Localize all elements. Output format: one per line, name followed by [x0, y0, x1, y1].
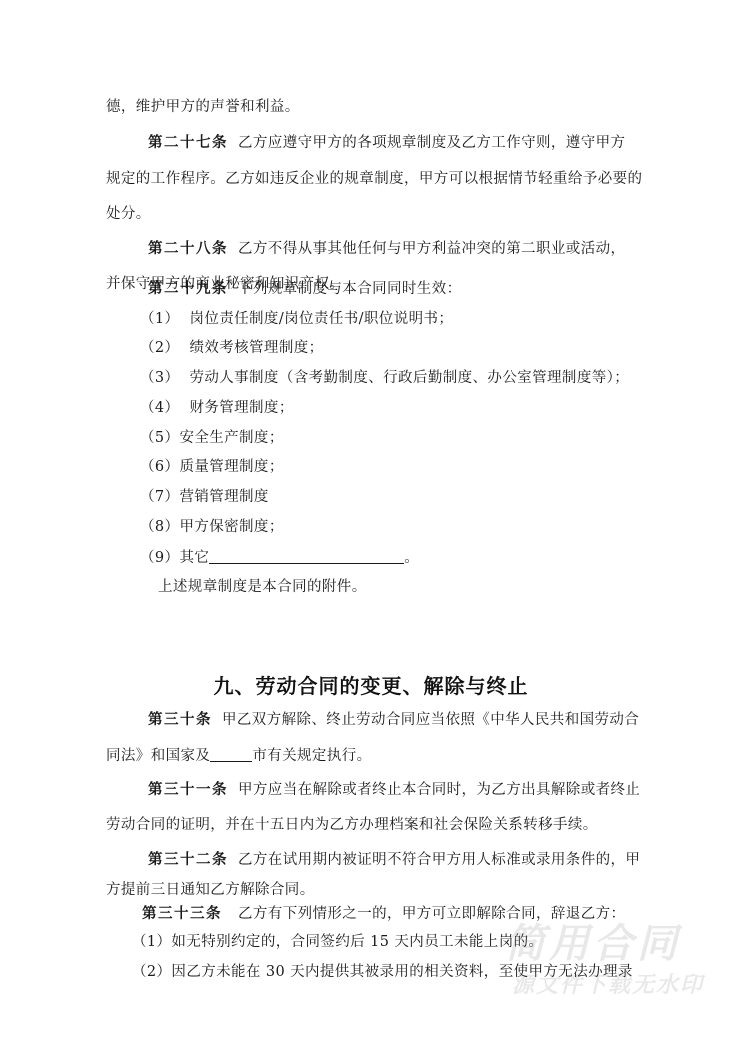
article-28: 第二十八条乙方不得从事其他任何与甲方利益冲突的第二职业或活动， [148, 239, 625, 259]
paragraph-line: 同法》和国家及市有关规定执行。 [106, 745, 372, 766]
article-29: 第二十九条下列规章制度与本合同同时生效： [148, 279, 462, 299]
article-label: 第三十三条 [142, 906, 222, 922]
list-item: （2）因乙方未能在 30 天内提供其被录用的相关资料，至使甲方无法办理录 [132, 962, 633, 982]
article-text: 乙方有下列情形之一的，甲方可立即解除合同，辞退乙方： [238, 906, 625, 922]
article-31: 第三十一条甲方应当在解除或者终止本合同时，为乙方出具解除或者终止 [148, 780, 640, 800]
article-label: 第二十七条 [148, 135, 228, 151]
list-item: （2）绩效考核管理制度； [140, 338, 324, 358]
list-item: （1）岗位责任制度/岗位责任书/职位说明书； [140, 309, 453, 329]
list-item: （7）营销管理制度 [140, 487, 269, 507]
list-item: （3）劳动人事制度（含考勤制度、行政后勤制度、办公室管理制度等）； [140, 368, 629, 388]
list-item: （1）如无特别约定的，合同签约后 15 天内员工未能上岗的。 [132, 932, 543, 952]
paragraph-line: 规定的工作程序。乙方如违反企业的规章制度，甲方可以根据情节轻重给予必要的 [106, 169, 642, 189]
paragraph-line: 方提前三日通知乙方解除合同。 [106, 880, 315, 900]
article-text: 乙方应遵守甲方的各项规章制度及乙方工作守则，遵守甲方 [238, 135, 625, 151]
paragraph-line: 上述规章制度是本合同的附件。 [158, 577, 367, 597]
article-33: 第三十三条乙方有下列情形之一的，甲方可立即解除合同，辞退乙方： [142, 904, 625, 924]
article-text: 乙方在试用期内被证明不符合甲方用人标准或录用条件的，甲 [238, 852, 640, 868]
section-heading: 九、劳动合同的变更、解除与终止 [0, 672, 742, 700]
article-label: 第三十二条 [148, 852, 228, 868]
fill-in-blank[interactable] [209, 547, 404, 564]
list-item: （8）甲方保密制度； [140, 517, 284, 537]
article-label: 第三十一条 [148, 782, 228, 798]
list-item: （6）质量管理制度； [140, 457, 284, 477]
article-text: 乙方不得从事其他任何与甲方利益冲突的第二职业或活动， [238, 241, 625, 257]
paragraph-line: 处分。 [106, 204, 151, 224]
list-item: （5）安全生产制度； [140, 428, 284, 448]
article-text: 甲乙双方解除、终止劳动合同应当依照《中华人民共和国劳动合 [222, 712, 639, 728]
article-text: 下列规章制度与本合同同时生效： [238, 281, 462, 297]
article-32: 第三十二条乙方在试用期内被证明不符合甲方用人标准或录用条件的，甲 [148, 850, 640, 870]
list-item: （9）其它。 [140, 547, 419, 568]
article-label: 第三十条 [148, 712, 212, 728]
article-27: 第二十七条乙方应遵守甲方的各项规章制度及乙方工作守则，遵守甲方 [148, 133, 625, 153]
paragraph-line: 劳动合同的证明，并在十五日内为乙方办理档案和社会保险关系转移手续。 [106, 815, 598, 835]
paragraph-line: 德，维护甲方的声誉和利益。 [106, 97, 300, 117]
list-item: （4）财务管理制度； [140, 398, 294, 418]
article-30: 第三十条甲乙双方解除、终止劳动合同应当依照《中华人民共和国劳动合 [148, 710, 639, 730]
fill-in-blank[interactable] [210, 745, 252, 762]
article-label: 第二十九条 [148, 281, 228, 297]
article-label: 第二十八条 [148, 241, 228, 257]
article-text: 甲方应当在解除或者终止本合同时，为乙方出具解除或者终止 [238, 782, 640, 798]
